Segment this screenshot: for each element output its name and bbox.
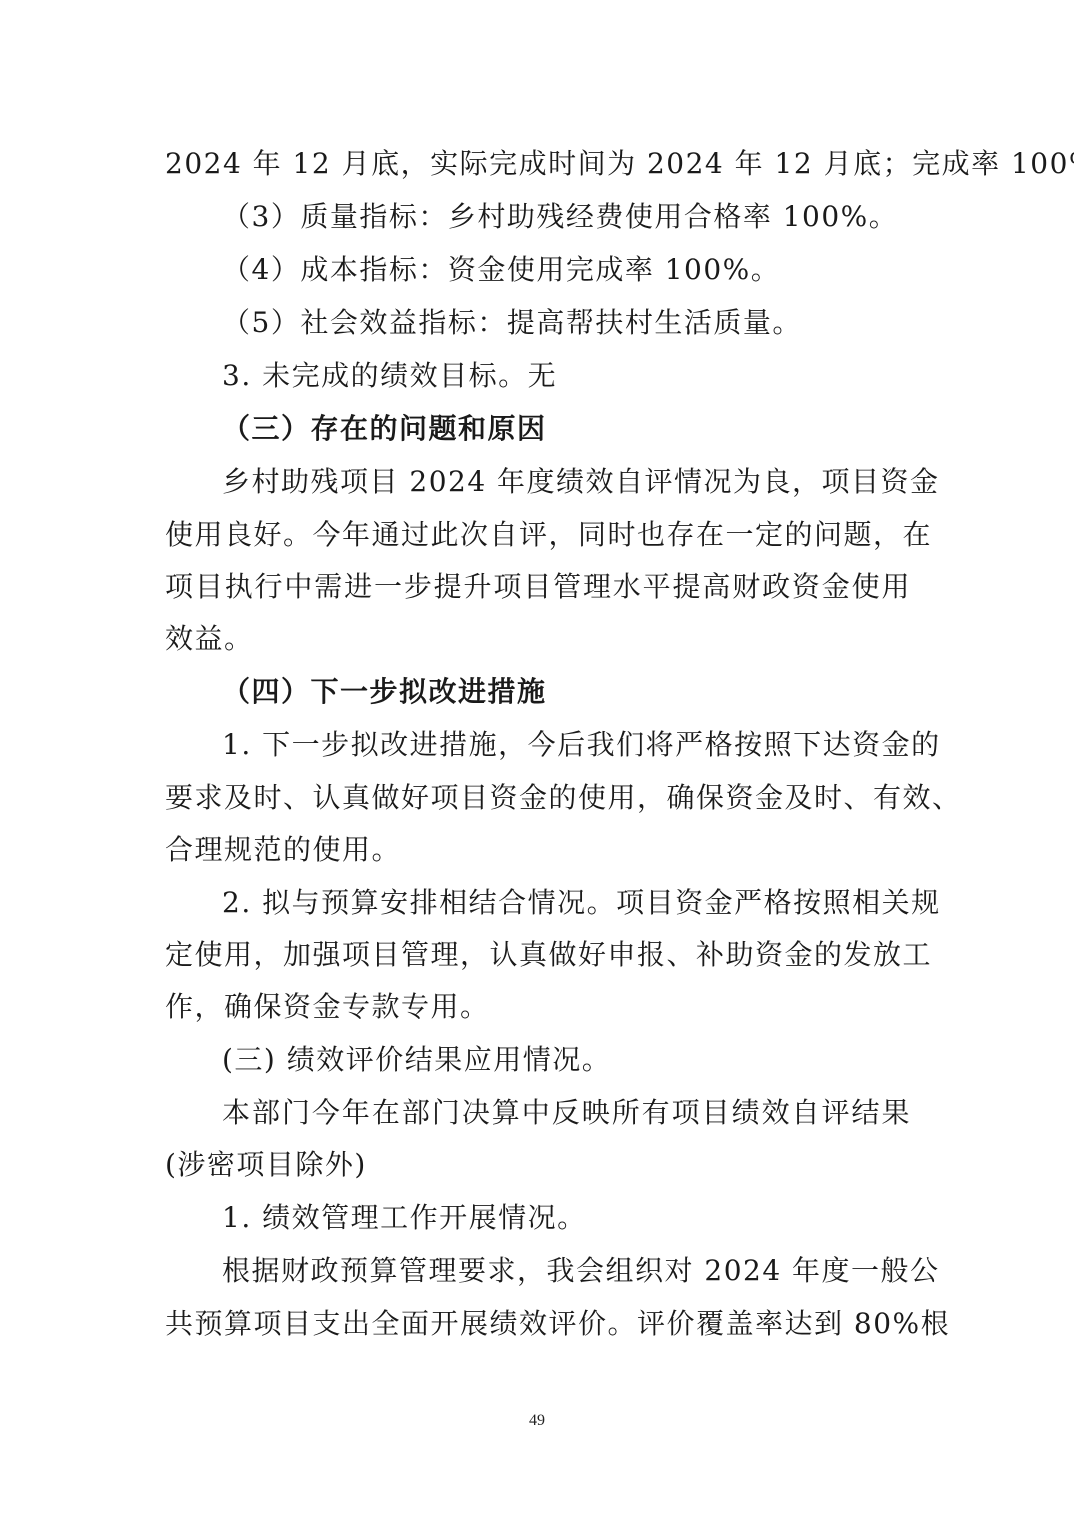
body-text-line: 2024 年 12 月底，实际完成时间为 2024 年 12 月底；完成率 10… xyxy=(165,146,911,182)
body-text-line: 共预算项目支出全面开展绩效评价。评价覆盖率达到 80%根 xyxy=(165,1306,911,1342)
body-text-line: 1. 下一步拟改进措施，今后我们将严格按照下达资金的 xyxy=(222,727,911,763)
subheading-performance-management: 1. 绩效管理工作开展情况。 xyxy=(222,1200,911,1236)
indicator-social-benefit: （5）社会效益指标：提高帮扶村生活质量。 xyxy=(222,305,911,341)
body-text-line: (涉密项目除外) xyxy=(165,1147,911,1183)
body-text-line: 乡村助残项目 2024 年度绩效自评情况为良，项目资金 xyxy=(222,464,911,500)
page-number: 49 xyxy=(0,1412,1074,1430)
body-text-line: 本部门今年在部门决算中反映所有项目绩效自评结果 xyxy=(222,1095,911,1131)
document-page: 2024 年 12 月底，实际完成时间为 2024 年 12 月底；完成率 10… xyxy=(0,0,1074,1520)
section-heading-results-application: (三) 绩效评价结果应用情况。 xyxy=(222,1042,911,1078)
body-text-line: 作，确保资金专款专用。 xyxy=(165,989,911,1025)
body-text-line: 要求及时、认真做好项目资金的使用，确保资金及时、有效、 xyxy=(165,780,911,816)
indicator-quality: （3）质量指标：乡村助残经费使用合格率 100%。 xyxy=(222,199,911,235)
indicator-cost: （4）成本指标：资金使用完成率 100%。 xyxy=(222,252,911,288)
section-heading-improvements: （四）下一步拟改进措施 xyxy=(222,674,911,710)
body-text-line: 项目执行中需进一步提升项目管理水平提高财政资金使用 xyxy=(165,569,911,605)
unfinished-goals: 3. 未完成的绩效目标。无 xyxy=(222,358,911,394)
section-heading-problems: （三）存在的问题和原因 xyxy=(222,411,911,447)
body-text-line: 2. 拟与预算安排相结合情况。项目资金严格按照相关规 xyxy=(222,885,911,921)
body-text-line: 定使用，加强项目管理，认真做好申报、补助资金的发放工 xyxy=(165,937,911,973)
body-text-line: 合理规范的使用。 xyxy=(165,832,911,868)
body-text-line: 使用良好。今年通过此次自评，同时也存在一定的问题，在 xyxy=(165,517,911,553)
body-text-line: 根据财政预算管理要求，我会组织对 2024 年度一般公 xyxy=(222,1253,911,1289)
body-text-line: 效益。 xyxy=(165,621,911,657)
